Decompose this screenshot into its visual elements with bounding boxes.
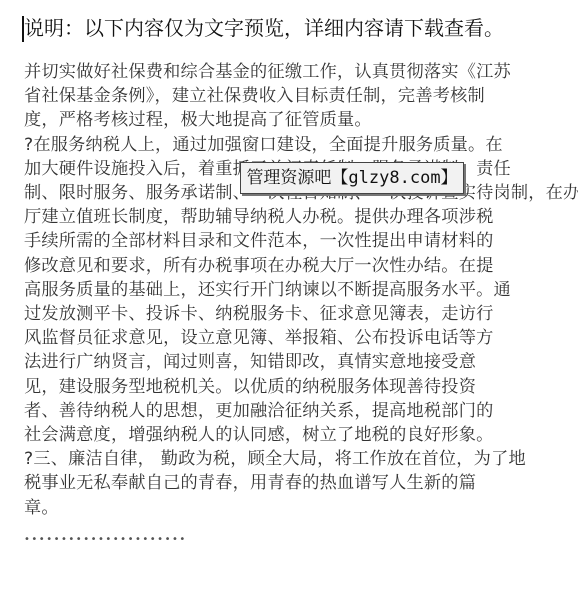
doc-line: 税事业无私奉献自己的青春，用青春的热血谱写人生新的篇 [24, 471, 564, 495]
doc-line: ?三、廉洁自律， 勤政为税，顾全大局，将工作放在首位，为了地 [24, 447, 564, 471]
doc-line: 度，严格考核过程，极大地提高了征管质量。 [24, 108, 564, 132]
preview-notice: 说明：以下内容仅为文字预览，详细内容请下载查看。 [24, 14, 504, 42]
watermark-banner: 管理资源吧【glzy8.com】 [240, 162, 464, 194]
doc-line: 省社保基金条例》，建立社保费收入目标责任制，完善考核制 [24, 84, 564, 108]
doc-line: ?在服务纳税人上，通过加强窗口建设，全面提升服务质量。在 [24, 133, 564, 157]
doc-line: 高服务质量的基础上，还实行开门纳谏以不断提高服务水平。通 [24, 278, 564, 302]
doc-line: 见，建设服务型地税机关。以优质的纳税服务体现善待投资 [24, 375, 564, 399]
doc-line: 手续所需的全部材料目录和文件范本，一次性提出申请材料的 [24, 229, 564, 253]
document-body: 并切实做好社保费和综合基金的征缴工作，认真贯彻落实《江苏 省社保基金条例》，建立… [24, 60, 564, 520]
doc-line: 并切实做好社保费和综合基金的征缴工作，认真贯彻落实《江苏 [24, 60, 564, 84]
doc-line: 社会满意度，增强纳税人的认同感，树立了地税的良好形象。 [24, 423, 564, 447]
doc-line: 风监督员征求意见，设立意见簿、举报箱、公布投诉电话等方 [24, 326, 564, 350]
truncation-ellipsis: •••••••••••••••••••••• [24, 534, 187, 545]
doc-line: 章。 [24, 496, 564, 520]
doc-line: 者、善待纳税人的思想，更加融洽征纳关系，提高地税部门的 [24, 399, 564, 423]
doc-line: 厅建立值班长制度，帮助辅导纳税人办税。提供办理各项涉税 [24, 205, 564, 229]
doc-line: 法进行广纳贤言，闻过则喜，知错即改，真情实意地接受意 [24, 350, 564, 374]
doc-line: 修改意见和要求，所有办税事项在办税大厅一次性办结。在提 [24, 254, 564, 278]
doc-line: 过发放测平卡、投诉卡、纳税服务卡、征求意见簿表，走访行 [24, 302, 564, 326]
